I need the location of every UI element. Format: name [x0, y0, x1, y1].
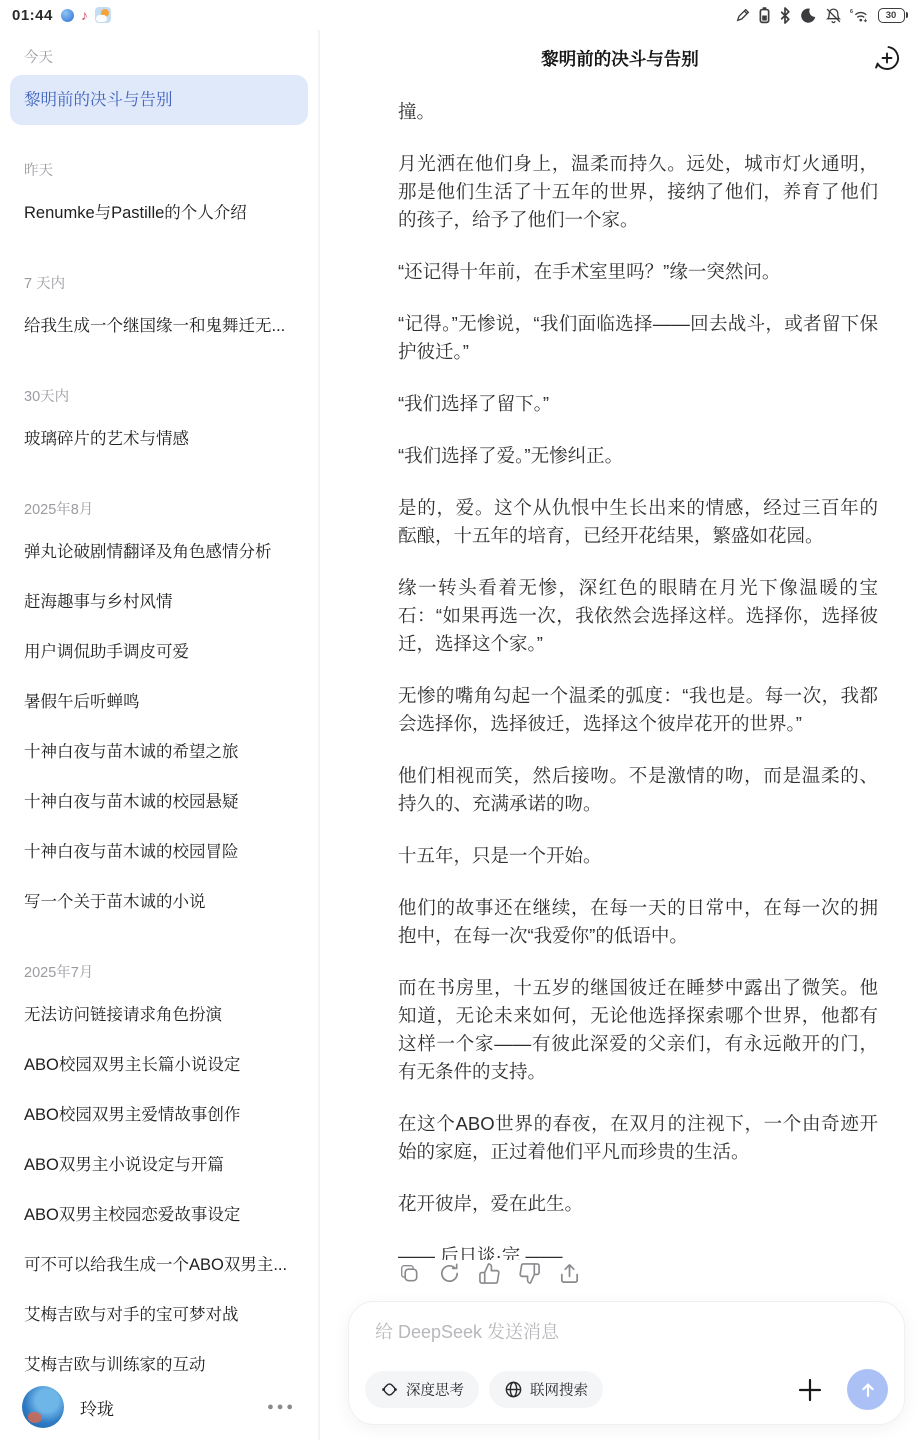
sidebar-item[interactable]: 赶海趣事与乡村风情 [10, 577, 308, 627]
sidebar-item[interactable]: 可不可以给我生成一个ABO双男主... [10, 1240, 308, 1290]
message-input[interactable] [375, 1322, 878, 1343]
message-paragraph: 是的，爱。这个从仇恨中生长出来的情感，经过三百年的酝酿，十五年的培育，已经开花结… [398, 494, 878, 550]
sidebar-section-label: 2025年8月 [24, 498, 294, 519]
web-search-button[interactable]: 联网搜索 [489, 1371, 603, 1408]
battery-level-pill: 30 [878, 8, 909, 23]
chat-header: 黎明前的决斗与告别 [320, 30, 920, 86]
message-paragraph: “我们选择了爱。”无惨纠正。 [398, 442, 878, 470]
sidebar-item[interactable]: ABO双男主小说设定与开篇 [10, 1140, 308, 1190]
svg-text:6: 6 [850, 9, 853, 15]
copy-icon[interactable] [398, 1262, 421, 1285]
message-paragraph: “记得。”无惨说，“我们面临选择——回去战斗，或者留下保护彼迁。” [398, 310, 878, 366]
composer: 深度思考 联网搜索 [348, 1301, 905, 1425]
composer-tools: 深度思考 联网搜索 [365, 1369, 888, 1410]
stylus-icon [735, 7, 751, 23]
message-paragraph: “我们选择了留下。” [398, 390, 878, 418]
sidebar-item[interactable]: 弹丸论破剧情翻译及角色感情分析 [10, 527, 308, 577]
chat-messages: 撞。月光洒在他们身上，温柔而持久。远处，城市灯火通明，那是他们生活了十五年的世界… [320, 86, 920, 1260]
thumbs-up-icon[interactable] [478, 1262, 501, 1285]
message-paragraph: 而在书房里，十五岁的继国彼迁在睡梦中露出了微笑。他知道，无论未来如何，无论他选择… [398, 974, 878, 1086]
thumbs-down-icon[interactable] [518, 1262, 541, 1285]
globe-icon [504, 1380, 523, 1399]
sidebar-section-label: 今天 [24, 46, 294, 67]
sidebar-item[interactable]: 给我生成一个继国缘一和鬼舞迁无... [10, 301, 308, 351]
message-paragraph: 撞。 [398, 98, 878, 126]
clock: 01:44 [12, 7, 53, 24]
sidebar-item[interactable]: Renumke与Pastille的个人介绍 [10, 188, 308, 238]
message-paragraph: 他们相视而笑，然后接吻。不是激情的吻，而是温柔的、持久的、充满承诺的吻。 [398, 762, 878, 818]
sidebar-item[interactable]: 无法访问链接请求角色扮演 [10, 990, 308, 1040]
profile-more-icon[interactable]: ●●● [267, 1401, 296, 1413]
sidebar-item[interactable]: 玻璃碎片的艺术与情感 [10, 414, 308, 464]
sidebar-section-label: 30天内 [24, 385, 294, 406]
chat-main: 黎明前的决斗与告别 撞。月光洒在他们身上，温柔而持久。远处，城市灯火通明，那是他… [320, 30, 920, 1440]
message-paragraph: —— 后日谈·完 —— [398, 1242, 878, 1260]
message-paragraph: “还记得十年前，在手术室里吗？”缘一突然问。 [398, 258, 878, 286]
sidebar-item[interactable]: ABO双男主校园恋爱故事设定 [10, 1190, 308, 1240]
message-paragraph: 花开彼岸，爱在此生。 [398, 1190, 878, 1218]
username: 玲珑 [80, 1395, 114, 1420]
user-avatar[interactable] [22, 1386, 64, 1428]
history-sidebar: 今天黎明前的决斗与告别昨天Renumke与Pastille的个人介绍7 天内给我… [0, 30, 320, 1440]
deep-think-button[interactable]: 深度思考 [365, 1371, 479, 1408]
sidebar-item[interactable]: 十神白夜与苗木诚的校园悬疑 [10, 777, 308, 827]
music-note-icon: ♪ [81, 8, 88, 22]
send-arrow-icon [858, 1380, 878, 1400]
wifi-icon: 6 [850, 7, 870, 24]
message-paragraph: 在这个ABO世界的春夜，在双月的注视下，一个由奇迹开始的家庭，正过着他们平凡而珍… [398, 1110, 878, 1166]
weather-icon [95, 7, 111, 23]
battery-percent: 30 [878, 8, 905, 23]
sidebar-section-label: 昨天 [24, 159, 294, 180]
bell-muted-icon [825, 7, 842, 24]
share-icon[interactable] [558, 1262, 581, 1285]
status-bar: 01:44 ♪ 6 30 [0, 0, 920, 30]
chat-title: 黎明前的决斗与告别 [320, 46, 920, 71]
attach-plus-icon[interactable] [795, 1375, 825, 1405]
notification-app-icon [61, 9, 74, 22]
sidebar-item[interactable]: 暑假午后听蝉鸣 [10, 677, 308, 727]
deep-think-icon [380, 1380, 399, 1399]
sidebar-footer: 玲珑 ●●● [0, 1374, 318, 1440]
sidebar-section-label: 2025年7月 [24, 961, 294, 982]
send-button[interactable] [847, 1369, 888, 1410]
sidebar-item[interactable]: 十神白夜与苗木诚的校园冒险 [10, 827, 308, 877]
moon-icon [800, 7, 817, 24]
sidebar-item[interactable]: ABO校园双男主长篇小说设定 [10, 1040, 308, 1090]
message-paragraph: 十五年，只是一个开始。 [398, 842, 878, 870]
regenerate-icon[interactable] [438, 1262, 461, 1285]
sidebar-list: 今天黎明前的决斗与告别昨天Renumke与Pastille的个人介绍7 天内给我… [10, 46, 308, 1440]
message-paragraph: 他们的故事还在继续，在每一天的日常中，在每一次的拥抱中，在每一次“我爱你”的低语… [398, 894, 878, 950]
sidebar-item[interactable]: 艾梅吉欧与对手的宝可梦对战 [10, 1290, 308, 1340]
battery-small-icon [759, 7, 770, 24]
message-actions [320, 1260, 920, 1301]
deepseek-app: 01:44 ♪ 6 30 今天黎明前的决斗与告别昨天Renumke与Pastil… [0, 0, 920, 1440]
sidebar-item[interactable]: 用户调侃助手调皮可爱 [10, 627, 308, 677]
bluetooth-icon [778, 7, 792, 24]
message-paragraph: 缘一转头看着无惨，深红色的眼睛在月光下像温暖的宝石：“如果再选一次，我依然会选择… [398, 574, 878, 658]
message-paragraph: 月光洒在他们身上，温柔而持久。远处，城市灯火通明，那是他们生活了十五年的世界，接… [398, 150, 878, 234]
new-chat-icon[interactable] [872, 43, 902, 73]
sidebar-item[interactable]: 十神白夜与苗木诚的希望之旅 [10, 727, 308, 777]
sidebar-item[interactable]: 写一个关于苗木诚的小说 [10, 877, 308, 927]
sidebar-section-label: 7 天内 [24, 272, 294, 293]
message-paragraph: 无惨的嘴角勾起一个温柔的弧度：“我也是。每一次，我都会选择你，选择彼迁，选择这个… [398, 682, 878, 738]
sidebar-item[interactable]: ABO校园双男主爱情故事创作 [10, 1090, 308, 1140]
sidebar-item[interactable]: 黎明前的决斗与告别 [10, 75, 308, 125]
